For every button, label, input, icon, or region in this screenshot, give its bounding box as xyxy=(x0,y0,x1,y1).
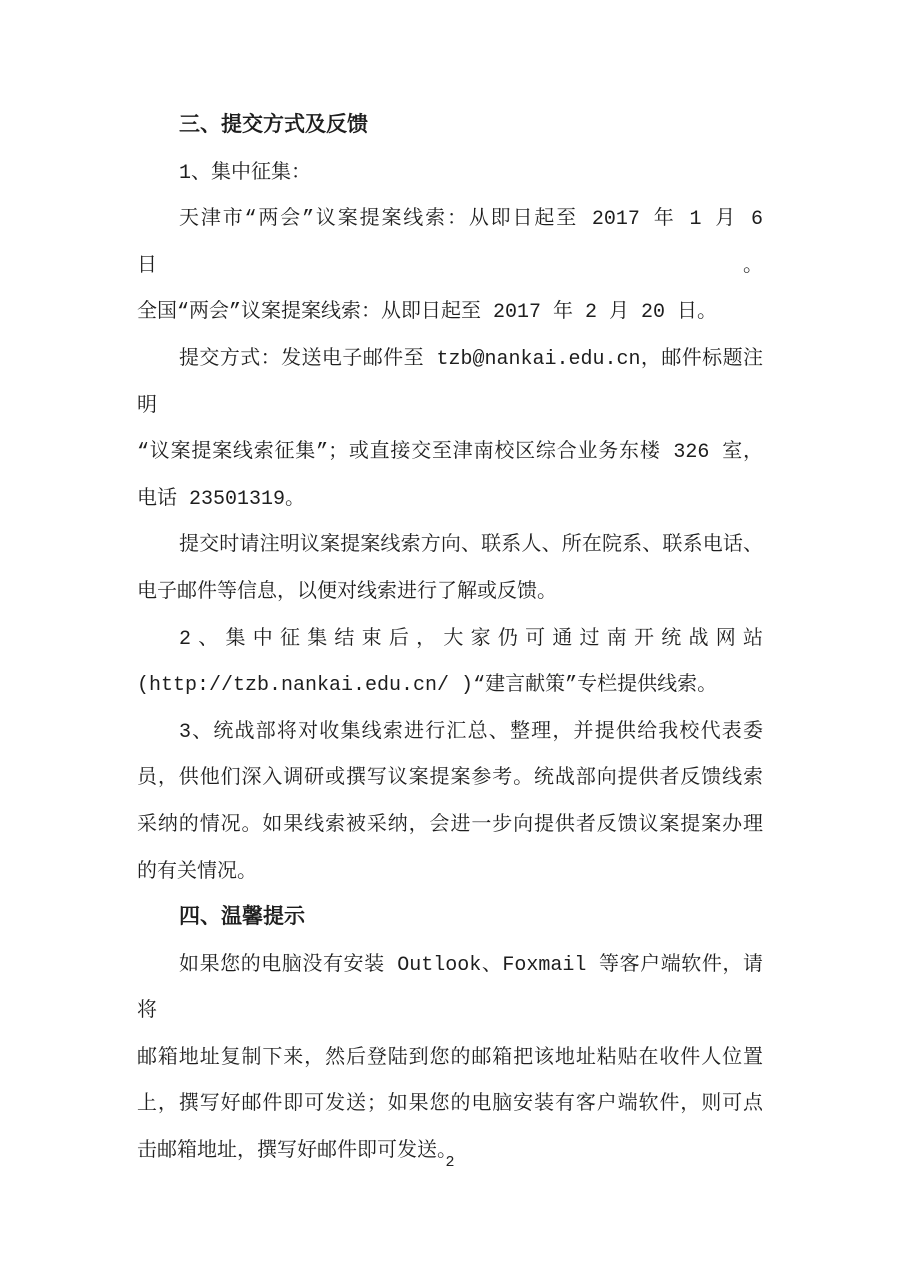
text-line: 全国“两会”议案提案线索：从即日起至 2017 年 2 月 20 日。 xyxy=(137,290,763,337)
text-line: 电子邮件等信息，以便对线索进行了解或反馈。 xyxy=(137,570,763,617)
text-line: 上，撰写好邮件即可发送；如果您的电脑安装有客户端软件，则可点 xyxy=(137,1082,763,1129)
text-line: “议案提案线索征集”；或直接交至津南校区综合业务东楼 326 室， xyxy=(137,430,763,477)
text-segment: “建言献策”专栏提供线索。 xyxy=(473,674,717,697)
text-line: 1、集中征集： xyxy=(137,151,763,198)
text-line: 邮箱地址复制下来，然后登陆到您的邮箱把该地址粘贴在收件人位置 xyxy=(137,1036,763,1083)
website-link[interactable]: (http://tzb.nankai.edu.cn/ ) xyxy=(137,674,473,697)
text-line: 采纳的情况。如果线索被采纳，会进一步向提供者反馈议案提案办理 xyxy=(137,803,763,850)
text-line: (http://tzb.nankai.edu.cn/ )“建言献策”专栏提供线索… xyxy=(137,663,763,710)
text-line: 提交时请注明议案提案线索方向、联系人、所在院系、联系电话、 xyxy=(137,523,763,570)
section-heading-tips: 四、温馨提示 xyxy=(137,896,763,943)
text-line: 电话 23501319。 xyxy=(137,477,763,524)
page-number: 2 xyxy=(0,1148,900,1178)
text-segment: 提交方式：发送电子邮件至 xyxy=(179,348,436,371)
email-link[interactable]: tzb@nankai.edu.cn xyxy=(436,348,640,371)
text-line: 2、集中征集结束后，大家仍可通过南开统战网站 xyxy=(137,617,763,664)
text-line: 的有关情况。 xyxy=(137,850,763,897)
text-line: 如果您的电脑没有安装 Outlook、Foxmail 等客户端软件，请将 xyxy=(137,943,763,1036)
text-line: 3、统战部将对收集线索进行汇总、整理，并提供给我校代表委 xyxy=(137,710,763,757)
document-body: 三、提交方式及反馈 1、集中征集： 天津市“两会”议案提案线索：从即日起至 20… xyxy=(137,104,763,1176)
text-line: 员，供他们深入调研或撰写议案提案参考。统战部向提供者反馈线索 xyxy=(137,756,763,803)
section-heading-submission-method: 三、提交方式及反馈 xyxy=(137,104,763,151)
text-line: 提交方式：发送电子邮件至 tzb@nankai.edu.cn，邮件标题注明 xyxy=(137,337,763,430)
text-line: 天津市“两会”议案提案线索：从即日起至 2017 年 1 月 6 日。 xyxy=(137,197,763,290)
